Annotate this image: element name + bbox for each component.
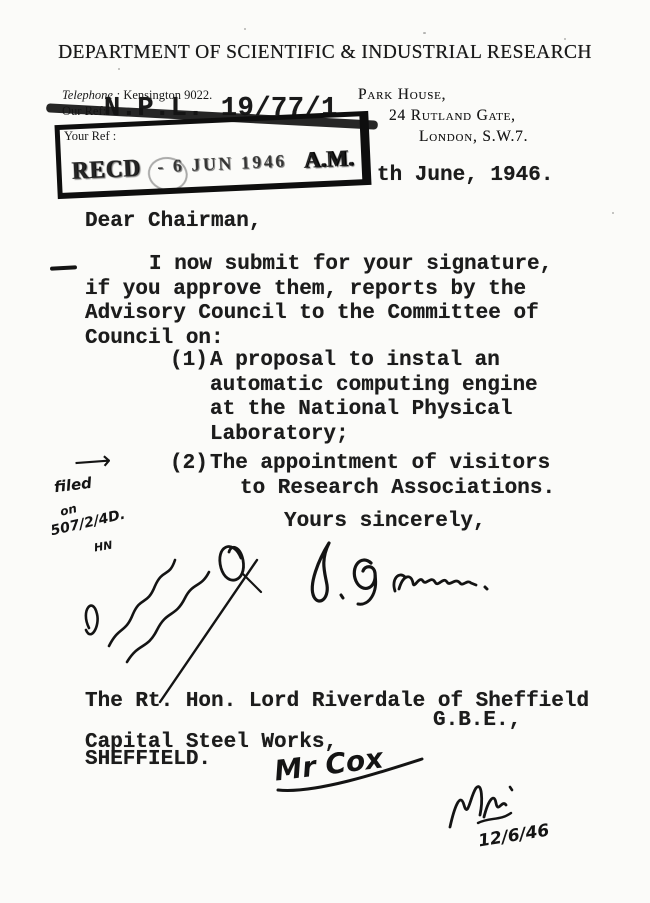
list-item-2-line: The appointment of visitors: [210, 452, 555, 477]
stamp-received-text: RECD: [71, 154, 141, 185]
valediction: Yours sincerely,: [284, 510, 486, 535]
address-line-2: 24 Rutland Gate,: [389, 107, 516, 125]
list-item-2-number: (2): [170, 452, 210, 501]
filed-note-word: on: [59, 501, 79, 519]
list-item-1-line: automatic computing engine: [210, 374, 538, 399]
recipient-honours: G.B.E.,: [433, 709, 521, 734]
mr-cox-underline-stroke: [270, 752, 430, 797]
recipient-city: SHEFFIELD.: [85, 748, 211, 773]
paragraph-line: Advisory Council to the Committee of: [85, 302, 552, 327]
list-item-1: (1) A proposal to instal an automatic co…: [170, 349, 538, 447]
address-line-1: Park House,: [358, 86, 446, 104]
list-item-1-line: Laboratory;: [210, 423, 538, 448]
stamp-meridiem-text: A.M.: [303, 145, 354, 173]
signature-handwriting: [295, 533, 545, 618]
address-line-3: London, S.W.7.: [419, 128, 528, 146]
opening-paragraph: I now submit for your signature, if you …: [85, 253, 552, 351]
received-stamp: RECD - 6 JUN 1946 A.M.: [54, 111, 371, 199]
handwritten-arrow-annotation: ⟶: [73, 446, 112, 479]
list-item-2-line: to Research Associations.: [240, 477, 555, 502]
scan-speck: [612, 212, 614, 214]
scan-speck: [244, 28, 246, 30]
diagonal-stroke-handwriting: [150, 553, 265, 708]
letter-date: th June, 1946.: [377, 164, 553, 189]
list-item-1-line: A proposal to instal an: [210, 349, 538, 374]
scan-speck: [118, 68, 120, 70]
paragraph-line: if you approve them, reports by the: [85, 278, 552, 303]
paragraph-line: Council on:: [85, 327, 552, 352]
salutation: Dear Chairman,: [85, 210, 261, 235]
letterhead-title: DEPARTMENT OF SCIENTIFIC & INDUSTRIAL RE…: [0, 42, 650, 64]
margin-dash-annotation: [50, 265, 77, 270]
list-item-1-number: (1): [170, 349, 210, 447]
list-item-2: (2) The appointment of visitors to Resea…: [170, 452, 555, 501]
scan-speck: [423, 32, 426, 34]
list-item-1-line: at the National Physical: [210, 398, 538, 423]
filed-note-word: filed: [53, 474, 93, 496]
scan-speck: [564, 38, 566, 40]
paragraph-line: I now submit for your signature,: [149, 253, 552, 278]
scanned-letter-page: DEPARTMENT OF SCIENTIFIC & INDUSTRIAL RE…: [0, 0, 650, 903]
